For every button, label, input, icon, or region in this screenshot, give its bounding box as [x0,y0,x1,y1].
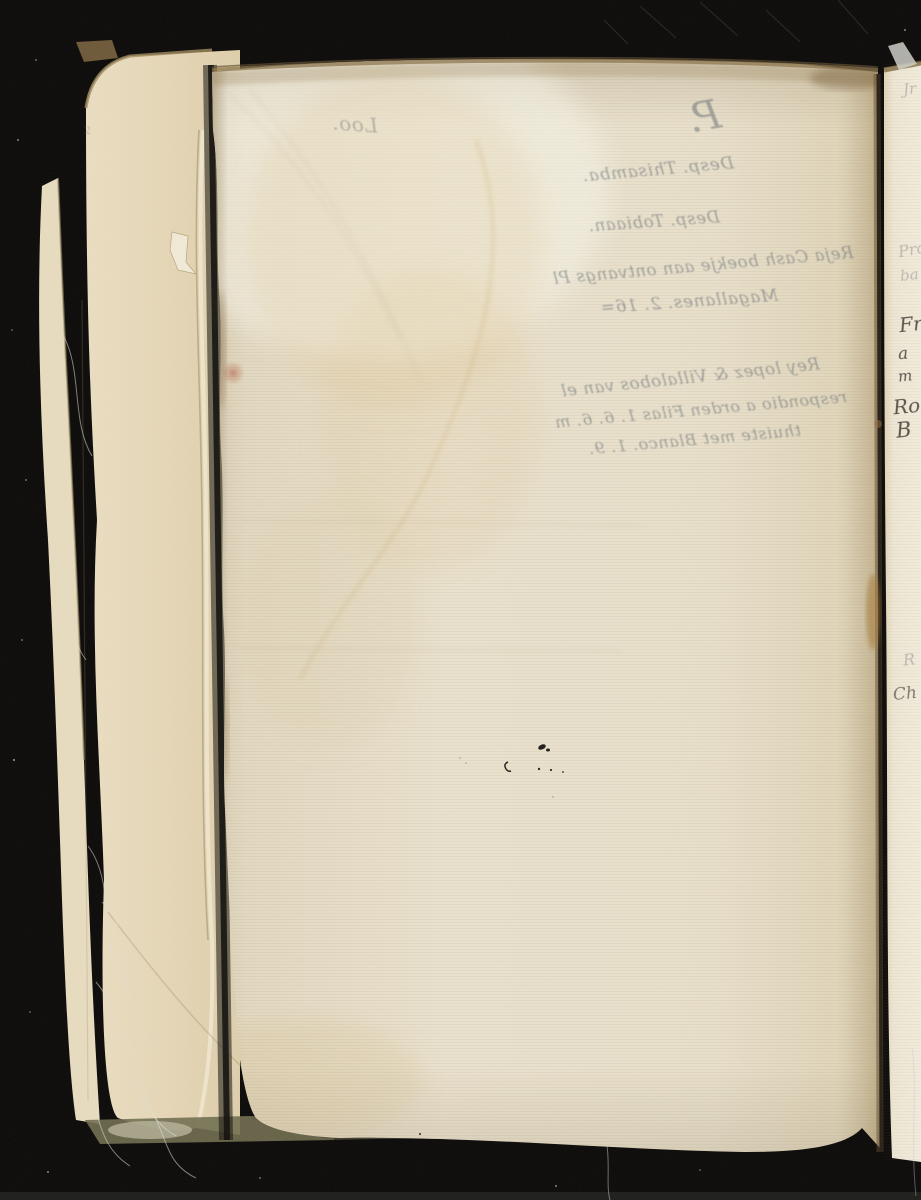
manuscript-scan: Loo. P. Desp. Thisamba. Desp. Tobiaan. R… [0,0,921,1200]
facing-page-text-fragment: Fr [898,311,921,337]
facing-page-text-fragment: Ch [892,683,918,705]
facing-page-text-fragment: Ro [892,393,921,420]
facing-page-text-fragment: Pro [897,238,921,262]
facing-page-text-fragment: a [897,344,909,365]
pencil-mark: 2 [84,124,91,137]
film-grain [0,0,921,1200]
facing-page-text-fragment: Jr [902,79,917,98]
facing-page-text-fragment: ba [899,265,919,285]
facing-page-text-fragment: R [902,649,916,669]
facing-page-text-fragment: B [895,417,913,442]
facing-page-text-fragment: m [897,366,913,385]
scan-artwork [0,0,921,1200]
